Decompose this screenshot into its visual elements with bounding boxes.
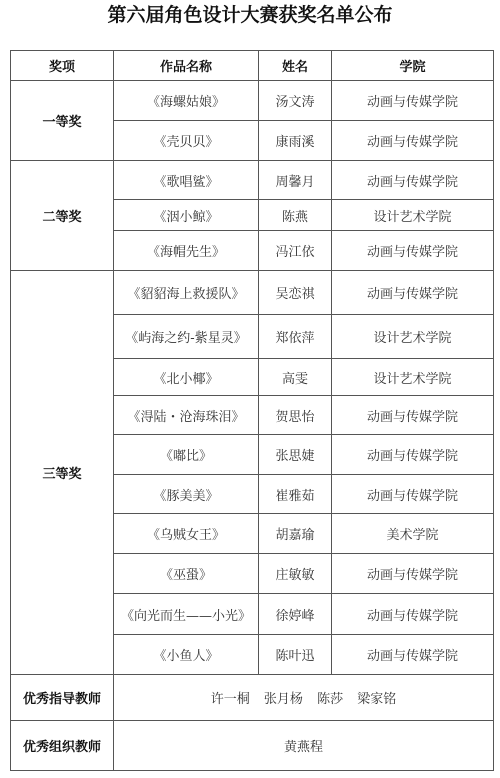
work-title: 《洇小鲸》 [114, 200, 259, 231]
winner-name: 贺思怡 [259, 396, 332, 435]
instructor-name: 陈莎 [317, 692, 343, 707]
awards-table: 奖项 作品名称 姓名 学院 一等奖 《海螺姑娘》 汤文涛 动画与传媒学院 《壳贝… [10, 50, 494, 771]
instructor-name: 许一桐 [211, 692, 250, 707]
college: 动画与传媒学院 [332, 231, 494, 271]
college: 动画与传媒学院 [332, 396, 494, 435]
organizer-name: 黄燕程 [114, 721, 494, 771]
prize-second: 二等奖 [11, 161, 114, 271]
work-title: 《北小椰》 [114, 359, 259, 396]
winner-name: 张思婕 [259, 435, 332, 475]
college: 设计艺术学院 [332, 315, 494, 359]
winner-name: 崔雅茹 [259, 475, 332, 514]
college: 动画与传媒学院 [332, 635, 494, 675]
winner-name: 冯江依 [259, 231, 332, 271]
college: 动画与传媒学院 [332, 554, 494, 594]
page-title: 第六届角色设计大赛获奖名单公布 [0, 2, 500, 28]
instructors-names: 许一桐 张月杨 陈莎 梁家铭 [114, 675, 494, 721]
work-title: 《嘟比》 [114, 435, 259, 475]
prize-third: 三等奖 [11, 271, 114, 675]
table-header-row: 奖项 作品名称 姓名 学院 [11, 51, 494, 81]
winner-name: 汤文涛 [259, 81, 332, 121]
winner-name: 庄敏敏 [259, 554, 332, 594]
work-title: 《小鱼人》 [114, 635, 259, 675]
table-row: 一等奖 《海螺姑娘》 汤文涛 动画与传媒学院 [11, 81, 494, 121]
college: 动画与传媒学院 [332, 271, 494, 315]
table-row: 三等奖 《貂貂海上救援队》 吴恋祺 动画与传媒学院 [11, 271, 494, 315]
work-title: 《巫蛩》 [114, 554, 259, 594]
table-row: 二等奖 《歌唱鲨》 周馨月 动画与传媒学院 [11, 161, 494, 200]
prize-first: 一等奖 [11, 81, 114, 161]
instructors-row: 优秀指导教师 许一桐 张月杨 陈莎 梁家铭 [11, 675, 494, 721]
winner-name: 周馨月 [259, 161, 332, 200]
winner-name: 吴恋祺 [259, 271, 332, 315]
instructor-name: 梁家铭 [357, 692, 396, 707]
winner-name: 郑依萍 [259, 315, 332, 359]
college: 设计艺术学院 [332, 200, 494, 231]
work-title: 《貂貂海上救援队》 [114, 271, 259, 315]
winner-name: 陈叶迅 [259, 635, 332, 675]
work-title: 《壳贝贝》 [114, 121, 259, 161]
winner-name: 徐婷峰 [259, 594, 332, 635]
college: 动画与传媒学院 [332, 161, 494, 200]
work-title: 《乌贼女王》 [114, 514, 259, 554]
work-title: 《豚美美》 [114, 475, 259, 514]
work-title: 《海帽先生》 [114, 231, 259, 271]
winner-name: 胡嘉瑜 [259, 514, 332, 554]
college: 动画与传媒学院 [332, 594, 494, 635]
work-title: 《屿海之约-紫星灵》 [114, 315, 259, 359]
college: 设计艺术学院 [332, 359, 494, 396]
header-work: 作品名称 [114, 51, 259, 81]
college: 美术学院 [332, 514, 494, 554]
header-prize: 奖项 [11, 51, 114, 81]
work-title: 《淂陆・沧海珠泪》 [114, 396, 259, 435]
winner-name: 康雨溪 [259, 121, 332, 161]
college: 动画与传媒学院 [332, 475, 494, 514]
college: 动画与传媒学院 [332, 435, 494, 475]
organizer-row: 优秀组织教师 黄燕程 [11, 721, 494, 771]
organizer-label: 优秀组织教师 [11, 721, 114, 771]
work-title: 《歌唱鲨》 [114, 161, 259, 200]
work-title: 《海螺姑娘》 [114, 81, 259, 121]
instructor-name: 张月杨 [264, 692, 303, 707]
college: 动画与传媒学院 [332, 121, 494, 161]
winner-name: 陈燕 [259, 200, 332, 231]
winner-name: 高雯 [259, 359, 332, 396]
work-title: 《向光而生——小光》 [114, 594, 259, 635]
college: 动画与传媒学院 [332, 81, 494, 121]
instructors-label: 优秀指导教师 [11, 675, 114, 721]
header-college: 学院 [332, 51, 494, 81]
header-name: 姓名 [259, 51, 332, 81]
